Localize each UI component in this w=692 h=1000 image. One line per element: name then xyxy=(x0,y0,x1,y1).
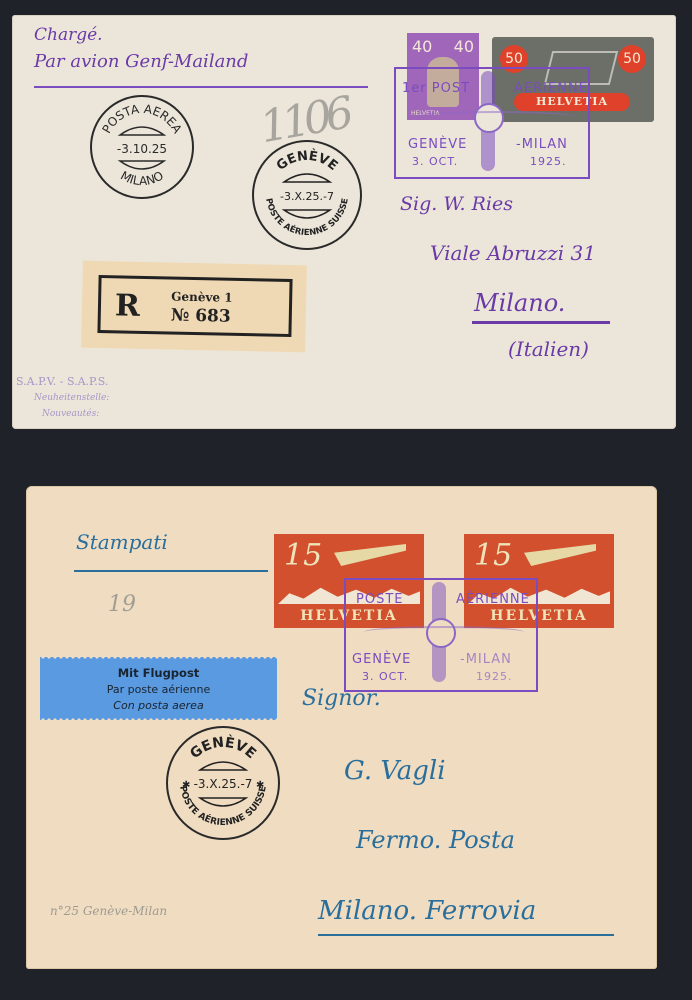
sender-imprint-line-3: Nouveautés: xyxy=(42,409,99,419)
registration-label: R Genève 1 № 683 xyxy=(81,261,307,353)
monoplane-icon xyxy=(334,544,406,566)
address-line-2: Viale Abruzzi 31 xyxy=(430,241,596,265)
sender-imprint-line-2: Neuheitenstelle: xyxy=(34,393,109,403)
address-line-4: Milano. Ferrovia xyxy=(318,896,536,926)
wings-icon xyxy=(364,626,524,638)
sender-imprint-line-1: S.A.P.V. - S.A.P.S. xyxy=(16,375,108,388)
manuscript-charge: Chargé. xyxy=(34,25,103,45)
wings-icon xyxy=(416,111,576,123)
manuscript-stampati: Stampati xyxy=(76,530,168,554)
stampati-underline xyxy=(74,570,268,572)
registration-number: 683 xyxy=(195,306,231,327)
address-line-1: Sig. W. Ries xyxy=(400,193,513,215)
cover-top: Chargé. Par avion Genf-Mailand 1106 40 4… xyxy=(12,15,676,429)
address-line-1: Signor. xyxy=(302,686,381,711)
postmark-geneve-top: GENÈVE POSTE AÉRIENNE SUISSE -3.X.25.-7 xyxy=(252,140,362,250)
address-line-3: Milano. xyxy=(474,289,565,317)
pencil-note: n°25 Genève-Milan xyxy=(50,904,167,918)
manuscript-route: Par avion Genf-Mailand xyxy=(34,51,248,72)
address-underline xyxy=(318,934,614,936)
postmark-geneve-bottom: GENÈVE POSTE AÉRIENNE SUISSE -3.X.25.-7 … xyxy=(166,726,280,840)
address-line-4: (Italien) xyxy=(508,337,589,361)
pencil-number: 19 xyxy=(108,592,136,617)
svg-text:✱: ✱ xyxy=(256,780,264,791)
svg-text:GENÈVE: GENÈVE xyxy=(274,148,340,174)
svg-text:GENÈVE: GENÈVE xyxy=(187,734,259,762)
address-underline xyxy=(472,321,610,324)
first-flight-cachet: POSTE AÉRIENNE GENÈVE -MILAN 3. OCT. 192… xyxy=(344,578,538,692)
monoplane-icon xyxy=(524,544,596,566)
address-line-3: Fermo. Posta xyxy=(356,826,515,854)
svg-text:MILANO: MILANO xyxy=(118,168,166,188)
value-badge-right: 50 xyxy=(618,45,646,73)
manuscript-underline xyxy=(34,86,368,88)
airmail-label: Mit Flugpost Par poste aérienne Con post… xyxy=(40,657,277,720)
svg-text:-3.X.25.-7: -3.X.25.-7 xyxy=(280,190,334,203)
svg-text:✱: ✱ xyxy=(182,780,190,791)
address-line-2: G. Vagli xyxy=(344,756,446,786)
cover-bottom: Stampati 19 15 HELVETIA 15 HELVETIA POST… xyxy=(26,486,657,969)
svg-text:POSTA AEREA: POSTA AEREA xyxy=(99,102,185,137)
svg-text:-3.10.25: -3.10.25 xyxy=(117,142,167,156)
postmark-milano: POSTA AEREA MILANO -3.10.25 xyxy=(90,95,194,199)
svg-text:-3.X.25.-7: -3.X.25.-7 xyxy=(194,777,253,791)
first-flight-cachet: 1er POST AERIENNE GENÈVE -MILAN 3. OCT. … xyxy=(394,67,590,179)
